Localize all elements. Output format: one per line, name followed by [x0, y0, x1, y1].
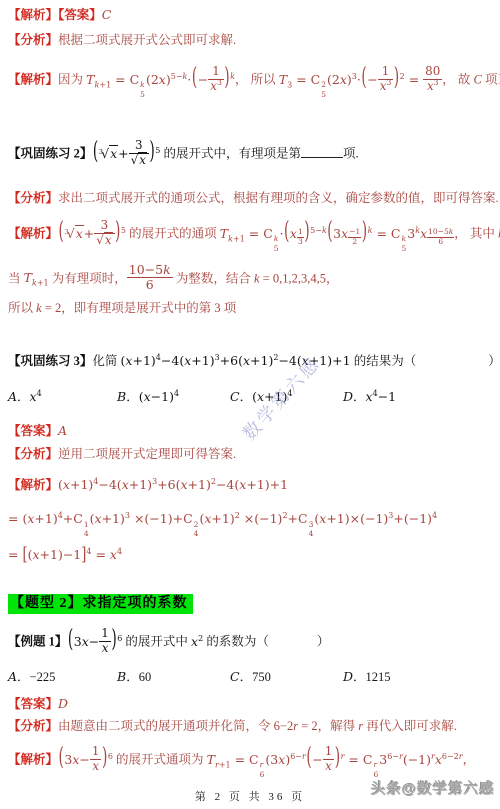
- exercise2-solution-line2: 当 Tk+1 为有理项时，10−5k6 为整数，结合 k = 0,1,2,3,4…: [8, 264, 496, 294]
- document-page: 【解析】【答案】C 【分析】根据二项式展开式公式即可求解. 【解析】因为 Tk+…: [0, 0, 500, 809]
- example1-question: 【例题 1】(3x−1x)6 的展开式中 x2 的系数为（）: [8, 628, 496, 656]
- exercise2-analysis: 【分析】求出二项式展开式的通项公式，根据有理项的含义，确定参数的值，即可得答案.: [8, 190, 496, 208]
- exercise3-option-a: A．x4: [8, 388, 117, 407]
- example1-answer-line: 【答案】D: [8, 695, 496, 714]
- topic2-heading: 【题型 2】求指定项的系数: [8, 594, 496, 614]
- exercise3-analysis: 【分析】逆用二项展开式定理即可得答案.: [8, 446, 496, 464]
- example1-option-d: D．1215: [343, 668, 496, 687]
- example1-solution-line: 【解析】(3x−1x)6 的展开式通项为 Tr+1 = Cr6(3x)6−r(−…: [8, 746, 496, 779]
- q1-answer-line: 【解析】【答案】C: [8, 6, 496, 25]
- exercise3-answer-line: 【答案】A: [8, 422, 496, 441]
- exercise3-solution-line2: = (x+1)4+C14(x+1)3 ×(−1)+C24(x+1)2 ×(−1)…: [8, 510, 496, 539]
- exercise3-options-row: A．x4 B．(x−1)4 C．(x+1)4 D．x4−1: [8, 388, 496, 407]
- exercise3-solution-line1: 【解析】(x+1)4−4(x+1)3+6(x+1)2−4(x+1)+1: [8, 476, 496, 495]
- page-footer: 第 2 页 共 36 页: [0, 788, 500, 804]
- exercise3-question: 【巩固练习 3】化简 (x+1)4−4(x+1)3+6(x+1)2−4(x+1)…: [8, 352, 496, 371]
- exercise3-option-c: C．(x+1)4: [230, 388, 343, 407]
- exercise2-question: 【巩固练习 2】(3√x+3√x)5 的展开式中，有理项是第项.: [8, 140, 496, 168]
- example1-analysis: 【分析】由题意由二项式的展开通项并化简，令 6−2r = 2，解得 r 再代入即…: [8, 718, 496, 736]
- exercise3-solution-line3: = [(x+1)−1]4 = x4: [8, 546, 496, 565]
- exercise2-solution-line1: 【解析】(3√x+3√x)5 的展开式的通项 Tk+1 = Ck5·(x13)5…: [8, 220, 496, 253]
- exercise3-option-b: B．(x−1)4: [117, 388, 230, 407]
- q1-analysis-line: 【分析】根据二项式展开式公式即可求解.: [8, 32, 496, 50]
- example1-option-b: B．60: [117, 668, 230, 687]
- topic2-heading-text: 【题型 2】求指定项的系数: [8, 594, 193, 614]
- exercise2-solution-line3: 所以 k = 2，即有理项是展开式中的第 3 项: [8, 300, 496, 318]
- example1-option-c: C．750: [230, 668, 343, 687]
- example1-options-row: A．−225 B．60 C．750 D．1215: [8, 668, 496, 687]
- exercise3-option-d: D．x4−1: [343, 388, 496, 407]
- example1-option-a: A．−225: [8, 668, 117, 687]
- q1-solution-line: 【解析】因为 Tk+1 = Ck5(2x)5−k·(−1x3)k， 所以 T3 …: [8, 66, 496, 99]
